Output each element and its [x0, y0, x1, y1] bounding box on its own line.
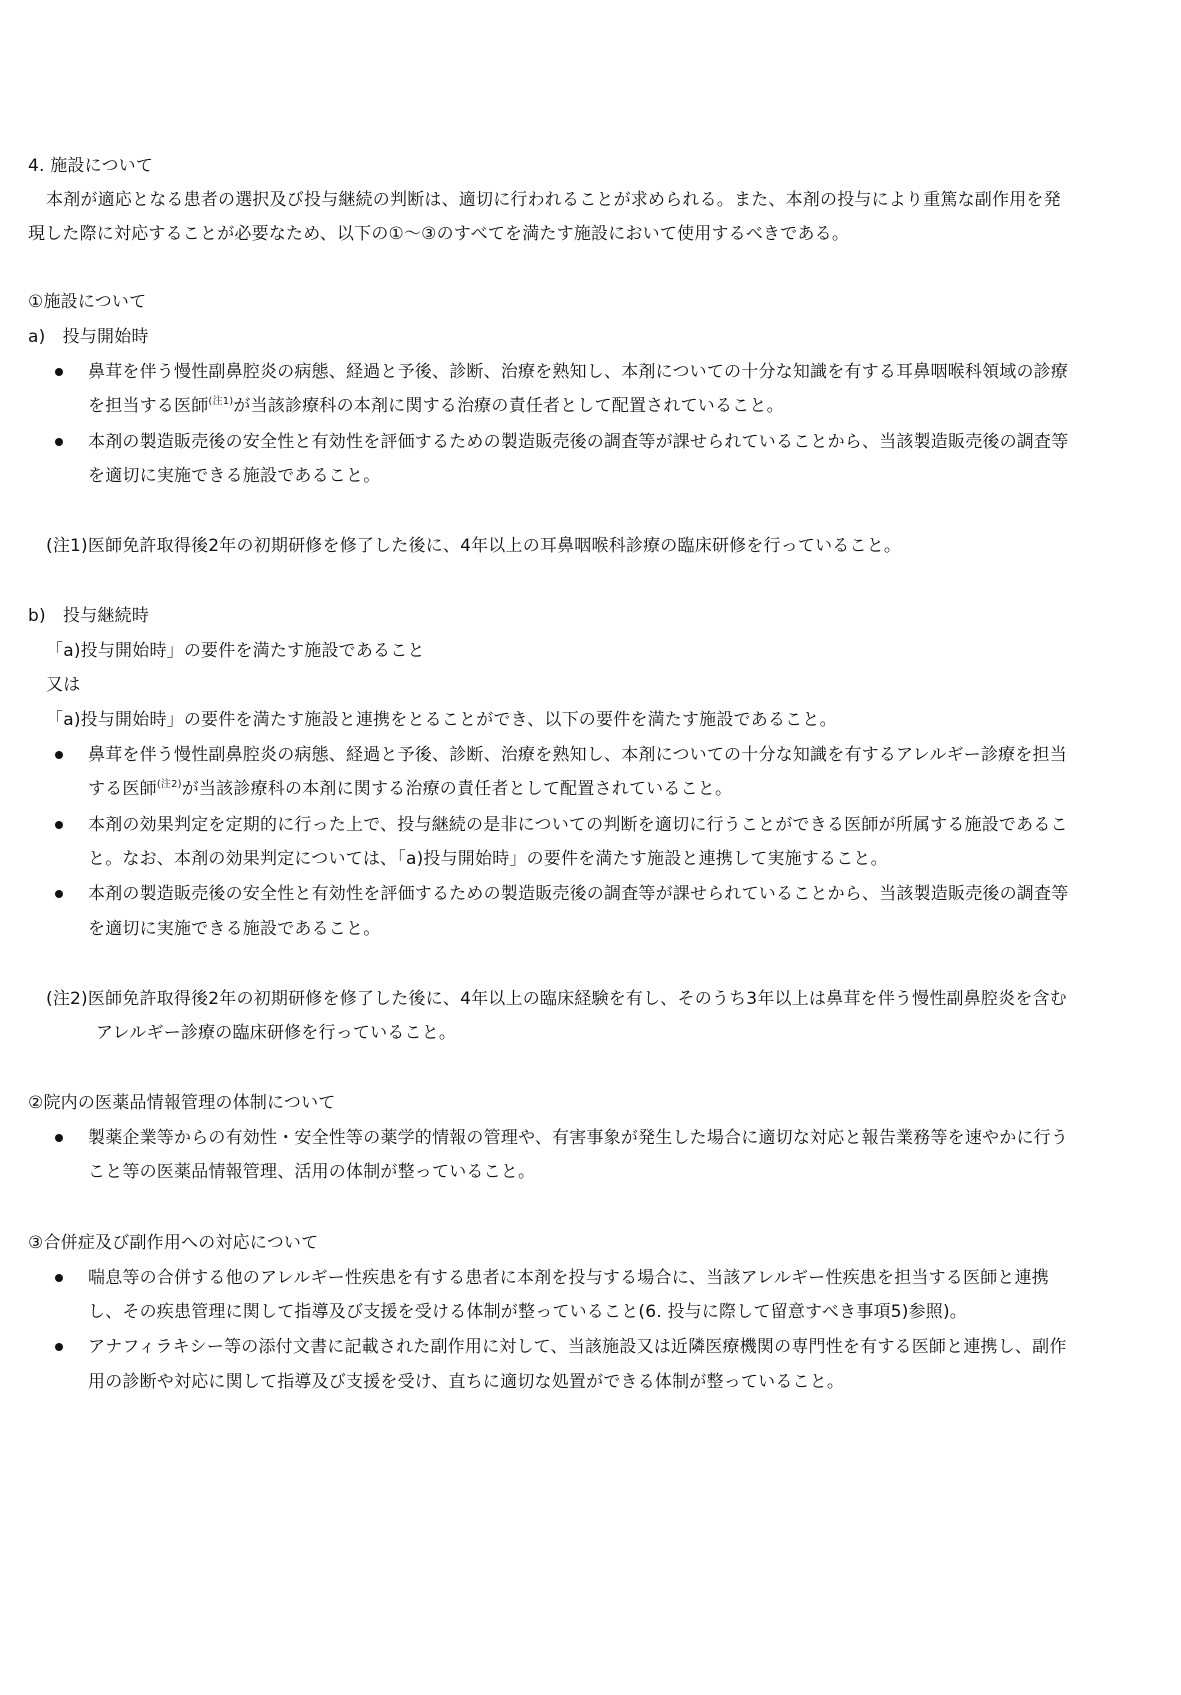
subheading-continue: b) 投与継続時 [28, 604, 149, 628]
bullet-text: 鼻茸を伴う慢性副鼻腔炎の病態、経過と予後、診断、治療を熟知し、本剤についての十分… [88, 743, 1067, 767]
subheading-start: a) 投与開始時 [28, 325, 149, 349]
or-text: 又は [46, 673, 80, 697]
heading-facility: ①施設について [28, 290, 146, 314]
heading-drug-info: ②院内の医薬品情報管理の体制について [28, 1091, 336, 1115]
condition-2: 「a)投与開始時」の要件を満たす施設と連携をとることができ、以下の要件を満たす施… [46, 708, 837, 732]
footnote-ref: (注1) [208, 396, 233, 407]
bullet-text-cont: こと等の医薬品情報管理、活用の体制が整っていること。 [88, 1160, 535, 1184]
bullet-text: アナフィラキシー等の添付文書に記載された副作用に対して、当該施設又は近隣医療機関… [88, 1335, 1067, 1359]
section-title: 4. 施設について [28, 154, 153, 178]
heading-complications: ③合併症及び副作用への対応について [28, 1231, 318, 1255]
footnote-ref: (注2) [157, 779, 182, 790]
bullet-text-cont: 用の診断や対応に関して指導及び支援を受け、直ちに適切な処置ができる体制が整ってい… [88, 1370, 844, 1394]
footnote-2: (注2)医師免許取得後2年の初期研修を修了した後に、4年以上の臨床経験を有し、そ… [46, 987, 1067, 1011]
bullet-icon [55, 890, 63, 898]
bullet-icon [55, 1343, 63, 1351]
bullet-icon [55, 751, 63, 759]
bullet-text: 本剤の製造販売後の安全性と有効性を評価するための製造販売後の調査等が課せられてい… [88, 430, 1068, 454]
bullet-text-cont: する医師(注2)が当該診療科の本剤に関する治療の責任者として配置されていること。 [88, 777, 732, 801]
bullet-icon [55, 821, 63, 829]
bullet-icon [55, 438, 63, 446]
intro-line-1: 本剤が適応となる患者の選択及び投与継続の判断は、適切に行われることが求められる。… [46, 188, 1061, 212]
bullet-text: 鼻茸を伴う慢性副鼻腔炎の病態、経過と予後、診断、治療を熟知し、本剤についての十分… [88, 360, 1068, 384]
bullet-text: 製薬企業等からの有効性・安全性等の薬学的情報の管理や、有害事象が発生した場合に適… [88, 1126, 1068, 1150]
footnote-2-cont: アレルギー診療の臨床研修を行っていること。 [96, 1021, 456, 1045]
bullet-text: 本剤の製造販売後の安全性と有効性を評価するための製造販売後の調査等が課せられてい… [88, 882, 1068, 906]
bullet-icon [55, 1134, 63, 1142]
bullet-icon [55, 1274, 63, 1282]
bullet-text-cont: し、その疾患管理に関して指導及び支援を受ける体制が整っていること(6. 投与に際… [88, 1300, 967, 1324]
bullet-text-cont: を適切に実施できる施設であること。 [88, 464, 380, 488]
bullet-text-cont: を適切に実施できる施設であること。 [88, 917, 380, 941]
document-page: 4. 施設について 本剤が適応となる患者の選択及び投与継続の判断は、適切に行われ… [0, 0, 1181, 1695]
intro-line-2: 現した際に対応することが必要なため、以下の①～③のすべてを満たす施設において使用… [28, 222, 849, 246]
bullet-text: 喘息等の合併する他のアレルギー性疾患を有する患者に本剤を投与する場合に、当該アレ… [88, 1266, 1049, 1290]
bullet-icon [55, 368, 63, 376]
bullet-text-cont: と。なお、本剤の効果判定については、「a)投与開始時」の要件を満たす施設と連携し… [88, 847, 888, 871]
condition-1: 「a)投与開始時」の要件を満たす施設であること [46, 639, 425, 663]
footnote-1: (注1)医師免許取得後2年の初期研修を修了した後に、4年以上の耳鼻咽喉科診療の臨… [46, 534, 901, 558]
bullet-text: 本剤の効果判定を定期的に行った上で、投与継続の是非についての判断を適切に行うこと… [88, 813, 1068, 837]
bullet-text-cont: を担当する医師(注1)が当該診療科の本剤に関する治療の責任者として配置されている… [88, 394, 784, 418]
